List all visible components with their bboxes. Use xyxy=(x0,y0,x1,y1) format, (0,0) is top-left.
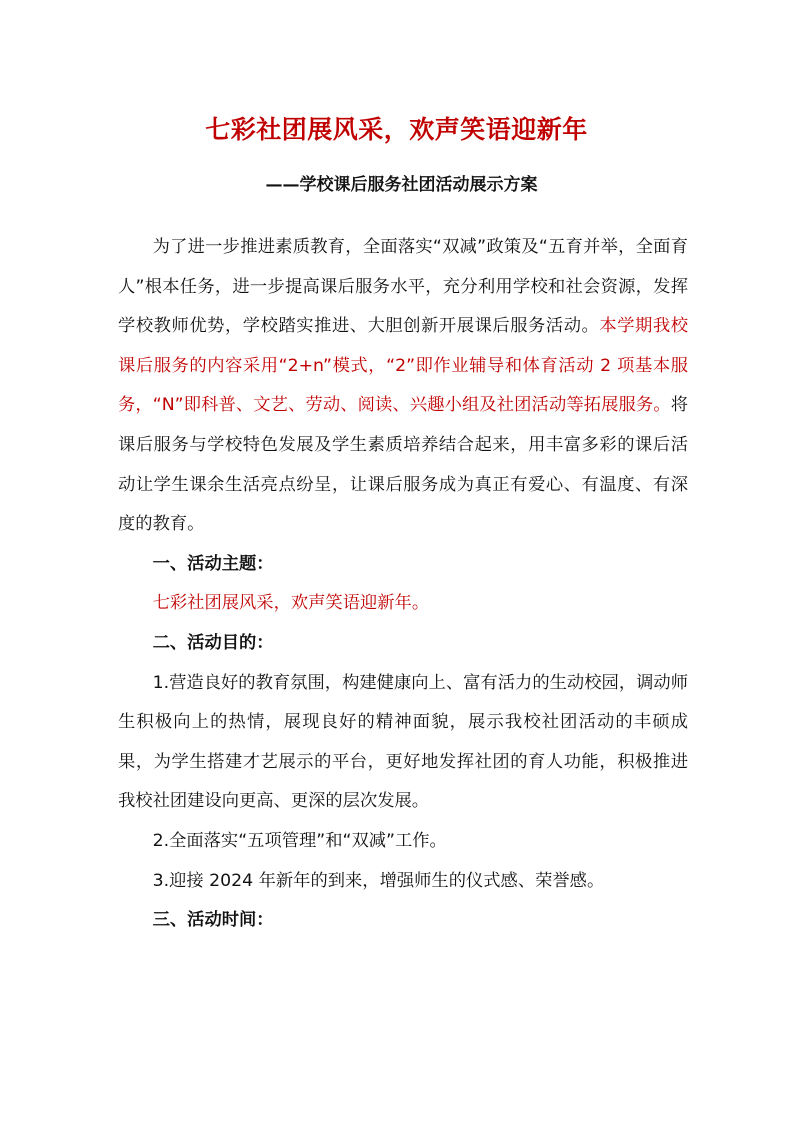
purpose-item-1: 1.营造良好的教育氛围，构建健康向上、富有活力的生动校园，调动师生积极向上的热情… xyxy=(118,664,688,822)
section-theme-content: 七彩社团展风采，欢声笑语迎新年。 xyxy=(118,584,688,624)
section-heading-theme: 一、活动主题： xyxy=(118,545,688,585)
purpose-item-2: 2.全面落实“五项管理”和“双减”工作。 xyxy=(118,822,688,862)
document-body: 为了进一步推进素质教育，全面落实“双减”政策及“五育并举，全面育人”根本任务，进… xyxy=(118,228,688,941)
purpose-item-3: 3.迎接 2024 年新年的到来，增强师生的仪式感、荣誉感。 xyxy=(118,862,688,902)
section-heading-time: 三、活动时间： xyxy=(118,901,688,941)
document-subtitle: ——学校课后服务社团活动展示方案 xyxy=(0,170,793,195)
intro-text-part3: 将课后服务与学校特色发展及学生素质培养结合起来，用丰富多彩的课后活动让学生课余生… xyxy=(118,395,688,534)
section-heading-purpose: 二、活动目的： xyxy=(118,624,688,664)
document-title: 七彩社团展风采，欢声笑语迎新年 xyxy=(0,110,793,146)
intro-paragraph: 为了进一步推进素质教育，全面落实“双减”政策及“五育并举，全面育人”根本任务，进… xyxy=(118,228,688,545)
